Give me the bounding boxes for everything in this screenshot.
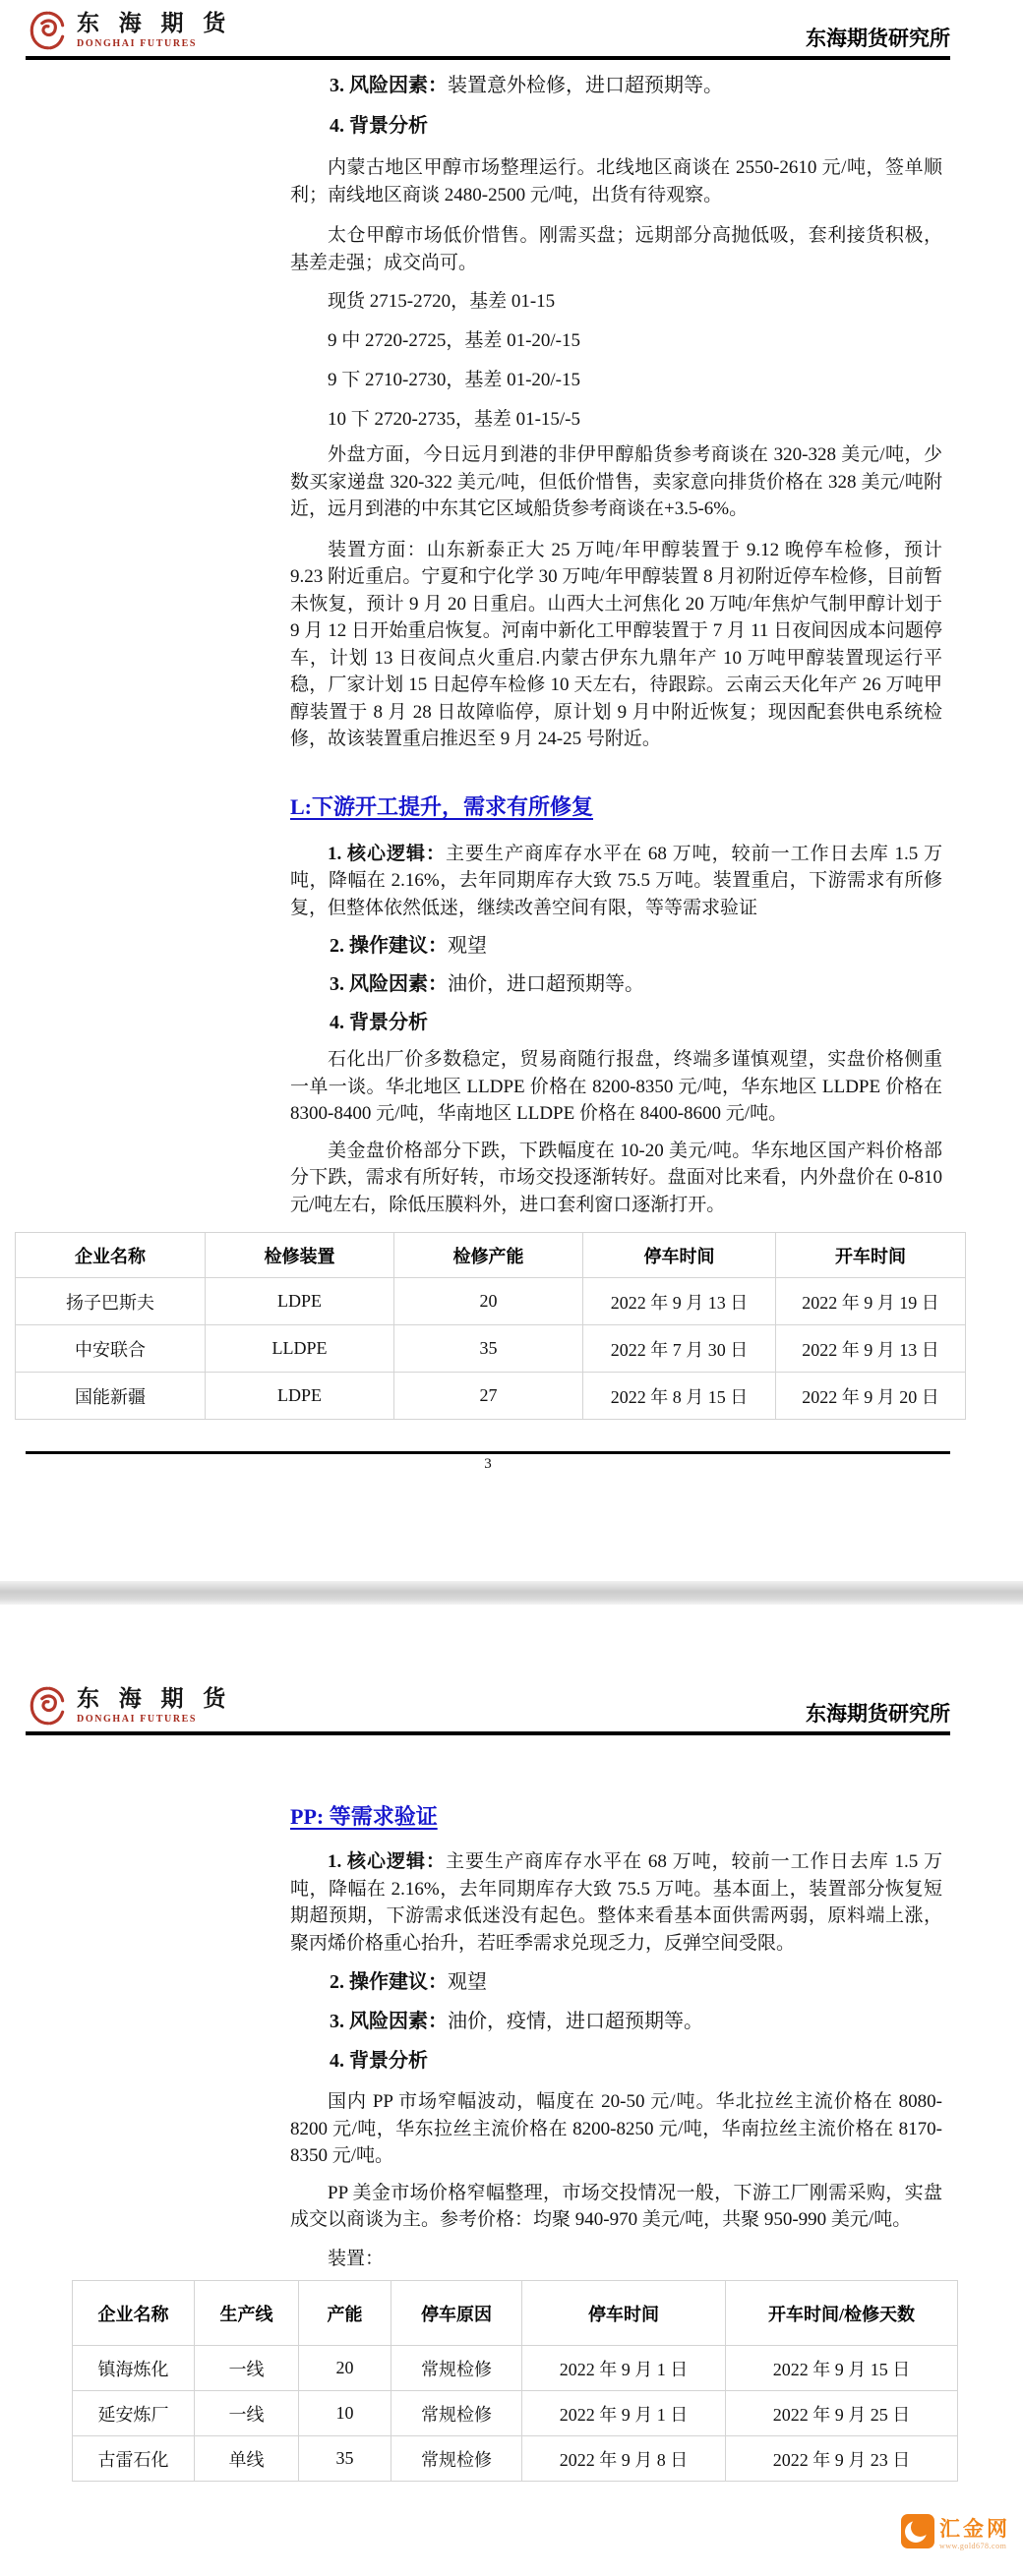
cell-restart-date: 2022 年 9 月 13 日 — [776, 1325, 966, 1373]
watermark-site-url: www.gold678.com — [939, 2542, 1010, 2550]
pp-domestic-price-paragraph: 国内 PP 市场窄幅波动，幅度在 20-50 元/吨。华北拉丝主流价格在 808… — [290, 2088, 942, 2170]
cell-line: 一线 — [195, 2346, 299, 2391]
col-company: 企业名称 — [16, 1233, 206, 1278]
cell-company: 延安炼厂 — [73, 2391, 195, 2436]
cell-company: 扬子巴斯夫 — [16, 1278, 206, 1325]
table-row: 国能新疆 LDPE 27 2022 年 8 月 15 日 2022 年 9 月 … — [16, 1373, 966, 1420]
cell-stop-reason: 常规检修 — [391, 2391, 522, 2436]
brand-name-en: DONGHAI FUTURES — [77, 38, 232, 49]
cell-stop-reason: 常规检修 — [391, 2436, 522, 2482]
cell-line: 一线 — [195, 2391, 299, 2436]
basis-line-spot: 现货 2715-2720，基差 01-15 — [290, 288, 942, 315]
pp-background-heading: 4. 背景分析 — [290, 2048, 942, 2075]
basis-line-9late: 9 下 2710-2730，基差 01-20/-15 — [290, 367, 942, 393]
page-number: 3 — [26, 1456, 950, 1473]
lldpe-usd-price-paragraph: 美金盘价格部分下跌，下跌幅度在 10-20 美元/吨。华东地区国产料价格部分下跌… — [290, 1138, 942, 1219]
huijin-watermark: 汇金网 www.gold678.com — [901, 2513, 1010, 2550]
brand-text: 东 海 期 货 DONGHAI FUTURES — [77, 1687, 232, 1725]
lldpe-maintenance-table: 企业名称 检修装置 检修产能 停车时间 开车时间 扬子巴斯夫 LDPE 20 2… — [15, 1232, 966, 1420]
cell-company: 中安联合 — [16, 1325, 206, 1373]
huijin-logo-icon — [901, 2513, 934, 2550]
table-row: 镇海炼化 一线 20 常规检修 2022 年 9 月 1 日 2022 年 9 … — [73, 2346, 958, 2391]
cell-restart-date: 2022 年 9 月 23 日 — [726, 2436, 958, 2482]
cell-stop-date: 2022 年 9 月 1 日 — [522, 2391, 726, 2436]
cell-unit: LDPE — [206, 1373, 394, 1420]
cell-unit: LLDPE — [206, 1325, 394, 1373]
methanol-taicang-paragraph: 太仓甲醇市场低价惜售。刚需买盘；远期部分高抛低吸，套利接货积极，基差走强；成交尚… — [290, 222, 942, 276]
cell-restart-date: 2022 年 9 月 20 日 — [776, 1373, 966, 1420]
cell-capacity: 20 — [394, 1278, 583, 1325]
col-capacity: 检修产能 — [394, 1233, 583, 1278]
donghai-brand: 东 海 期 货 DONGHAI FUTURES — [28, 1683, 232, 1728]
donghai-brand: 东 海 期 货 DONGHAI FUTURES — [28, 8, 232, 53]
col-restart-date: 开车时间 — [776, 1233, 966, 1278]
donghai-logo-icon — [28, 8, 69, 53]
brand-name-cn: 东 海 期 货 — [77, 1687, 232, 1710]
watermark-site-name: 汇金网 — [939, 2517, 1010, 2542]
cell-capacity: 35 — [394, 1325, 583, 1373]
cell-line: 单线 — [195, 2436, 299, 2482]
header-divider — [26, 56, 950, 60]
pp-usd-price-paragraph: PP 美金市场价格窄幅整理，市场交投情况一般，下游工厂刚需采购，实盘成交以商谈为… — [290, 2180, 942, 2234]
cell-stop-reason: 常规检修 — [391, 2346, 522, 2391]
cell-stop-date: 2022 年 9 月 13 日 — [583, 1278, 776, 1325]
lldpe-core-logic-paragraph: 1. 核心逻辑：主要生产商库存水平在 68 万吨，较前一工作日去库 1.5 万吨… — [290, 841, 942, 922]
cell-capacity: 20 — [299, 2346, 391, 2391]
section-title-pp-link[interactable]: PP: 等需求验证 — [290, 1800, 438, 1831]
cell-capacity: 10 — [299, 2391, 391, 2436]
brand-name-cn: 东 海 期 货 — [77, 12, 232, 34]
lldpe-advice-heading: 2. 操作建议：观望 — [290, 933, 942, 960]
watermark-text: 汇金网 www.gold678.com — [939, 2513, 1010, 2550]
page-separator — [0, 1581, 1023, 1605]
col-unit: 检修装置 — [206, 1233, 394, 1278]
table-row: 古雷石化 单线 35 常规检修 2022 年 9 月 8 日 2022 年 9 … — [73, 2436, 958, 2482]
institute-title: 东海期货研究所 — [806, 1698, 950, 1728]
table-row: 中安联合 LLDPE 35 2022 年 7 月 30 日 2022 年 9 月… — [16, 1325, 966, 1373]
donghai-logo-icon — [28, 1683, 69, 1728]
external-market-paragraph: 外盘方面，今日远月到港的非伊甲醇船货参考商谈在 320-328 美元/吨，少数买… — [290, 441, 942, 523]
cell-capacity: 27 — [394, 1373, 583, 1420]
background-analysis-heading: 4. 背景分析 — [290, 113, 942, 140]
risk-factors-heading: 3. 风险因素：装置意外检修，进口超预期等。 — [290, 73, 942, 99]
table-row: 扬子巴斯夫 LDPE 20 2022 年 9 月 13 日 2022 年 9 月… — [16, 1278, 966, 1325]
risk-factors-label: 3. 风险因素： — [330, 75, 448, 96]
col-line: 生产线 — [195, 2281, 299, 2346]
col-company: 企业名称 — [73, 2281, 195, 2346]
lldpe-risk-heading: 3. 风险因素：油价，进口超预期等。 — [290, 971, 942, 998]
device-label: 装置： — [290, 2246, 942, 2273]
risk-factors-text: 装置意外检修，进口超预期等。 — [448, 75, 723, 96]
footer-divider — [26, 1451, 950, 1454]
page-header: 东 海 期 货 DONGHAI FUTURES 东海期货研究所 — [0, 1605, 1023, 1728]
lldpe-domestic-price-paragraph: 石化出厂价多数稳定，贸易商随行报盘，终端多谨慎观望，实盘价格侧重一单一谈。华北地… — [290, 1046, 942, 1128]
pp-maintenance-table: 企业名称 生产线 产能 停车原因 停车时间 开车时间/检修天数 镇海炼化 一线 … — [72, 2280, 958, 2482]
cell-capacity: 35 — [299, 2436, 391, 2482]
page-header: 东 海 期 货 DONGHAI FUTURES 东海期货研究所 — [0, 0, 1023, 53]
cell-stop-date: 2022 年 8 月 15 日 — [583, 1373, 776, 1420]
section-title-lldpe-link[interactable]: L:下游开工提升，需求有所修复 — [290, 790, 593, 821]
basis-line-9mid: 9 中 2720-2725，基差 01-20/-15 — [290, 327, 942, 354]
col-stop-date: 停车时间 — [522, 2281, 726, 2346]
report-page-2: 东 海 期 货 DONGHAI FUTURES 东海期货研究所 PP: 等需求验… — [0, 1605, 1023, 2576]
pp-core-logic-paragraph: 1. 核心逻辑：主要生产商库存水平在 68 万吨，较前一工作日去库 1.5 万吨… — [290, 1848, 942, 1957]
basis-line-10late: 10 下 2720-2735，基差 01-15/-5 — [290, 406, 942, 433]
brand-name-en: DONGHAI FUTURES — [77, 1714, 232, 1725]
table-header-row: 企业名称 检修装置 检修产能 停车时间 开车时间 — [16, 1233, 966, 1278]
cell-restart-date: 2022 年 9 月 19 日 — [776, 1278, 966, 1325]
col-stop-reason: 停车原因 — [391, 2281, 522, 2346]
col-stop-date: 停车时间 — [583, 1233, 776, 1278]
table-header-row: 企业名称 生产线 产能 停车原因 停车时间 开车时间/检修天数 — [73, 2281, 958, 2346]
page1-content: 3. 风险因素：装置意外检修，进口超预期等。 4. 背景分析 内蒙古地区甲醇市场… — [290, 73, 942, 1218]
cell-company: 古雷石化 — [73, 2436, 195, 2482]
brand-text: 东 海 期 货 DONGHAI FUTURES — [77, 12, 232, 49]
cell-stop-date: 2022 年 9 月 1 日 — [522, 2346, 726, 2391]
pp-advice-heading: 2. 操作建议：观望 — [290, 1969, 942, 1996]
cell-unit: LDPE — [206, 1278, 394, 1325]
cell-stop-date: 2022 年 9 月 8 日 — [522, 2436, 726, 2482]
methanol-neimenggu-paragraph: 内蒙古地区甲醇市场整理运行。北线地区商谈在 2550-2610 元/吨，签单顺利… — [290, 154, 942, 208]
institute-title: 东海期货研究所 — [806, 23, 950, 53]
cell-stop-date: 2022 年 7 月 30 日 — [583, 1325, 776, 1373]
cell-restart-date: 2022 年 9 月 15 日 — [726, 2346, 958, 2391]
col-restart-date: 开车时间/检修天数 — [726, 2281, 958, 2346]
pp-risk-heading: 3. 风险因素：油价，疫情，进口超预期等。 — [290, 2009, 942, 2035]
cell-company: 国能新疆 — [16, 1373, 206, 1420]
report-page-1: 东 海 期 货 DONGHAI FUTURES 东海期货研究所 3. 风险因素：… — [0, 0, 1023, 1581]
cell-restart-date: 2022 年 9 月 25 日 — [726, 2391, 958, 2436]
page2-content: PP: 等需求验证 1. 核心逻辑：主要生产商库存水平在 68 万吨，较前一工作… — [290, 1735, 942, 2272]
cell-company: 镇海炼化 — [73, 2346, 195, 2391]
table-row: 延安炼厂 一线 10 常规检修 2022 年 9 月 1 日 2022 年 9 … — [73, 2391, 958, 2436]
col-capacity: 产能 — [299, 2281, 391, 2346]
plant-status-paragraph: 装置方面：山东新泰正大 25 万吨/年甲醇装置于 9.12 晚停车检修，预计 9… — [290, 537, 942, 753]
lldpe-background-heading: 4. 背景分析 — [290, 1010, 942, 1036]
